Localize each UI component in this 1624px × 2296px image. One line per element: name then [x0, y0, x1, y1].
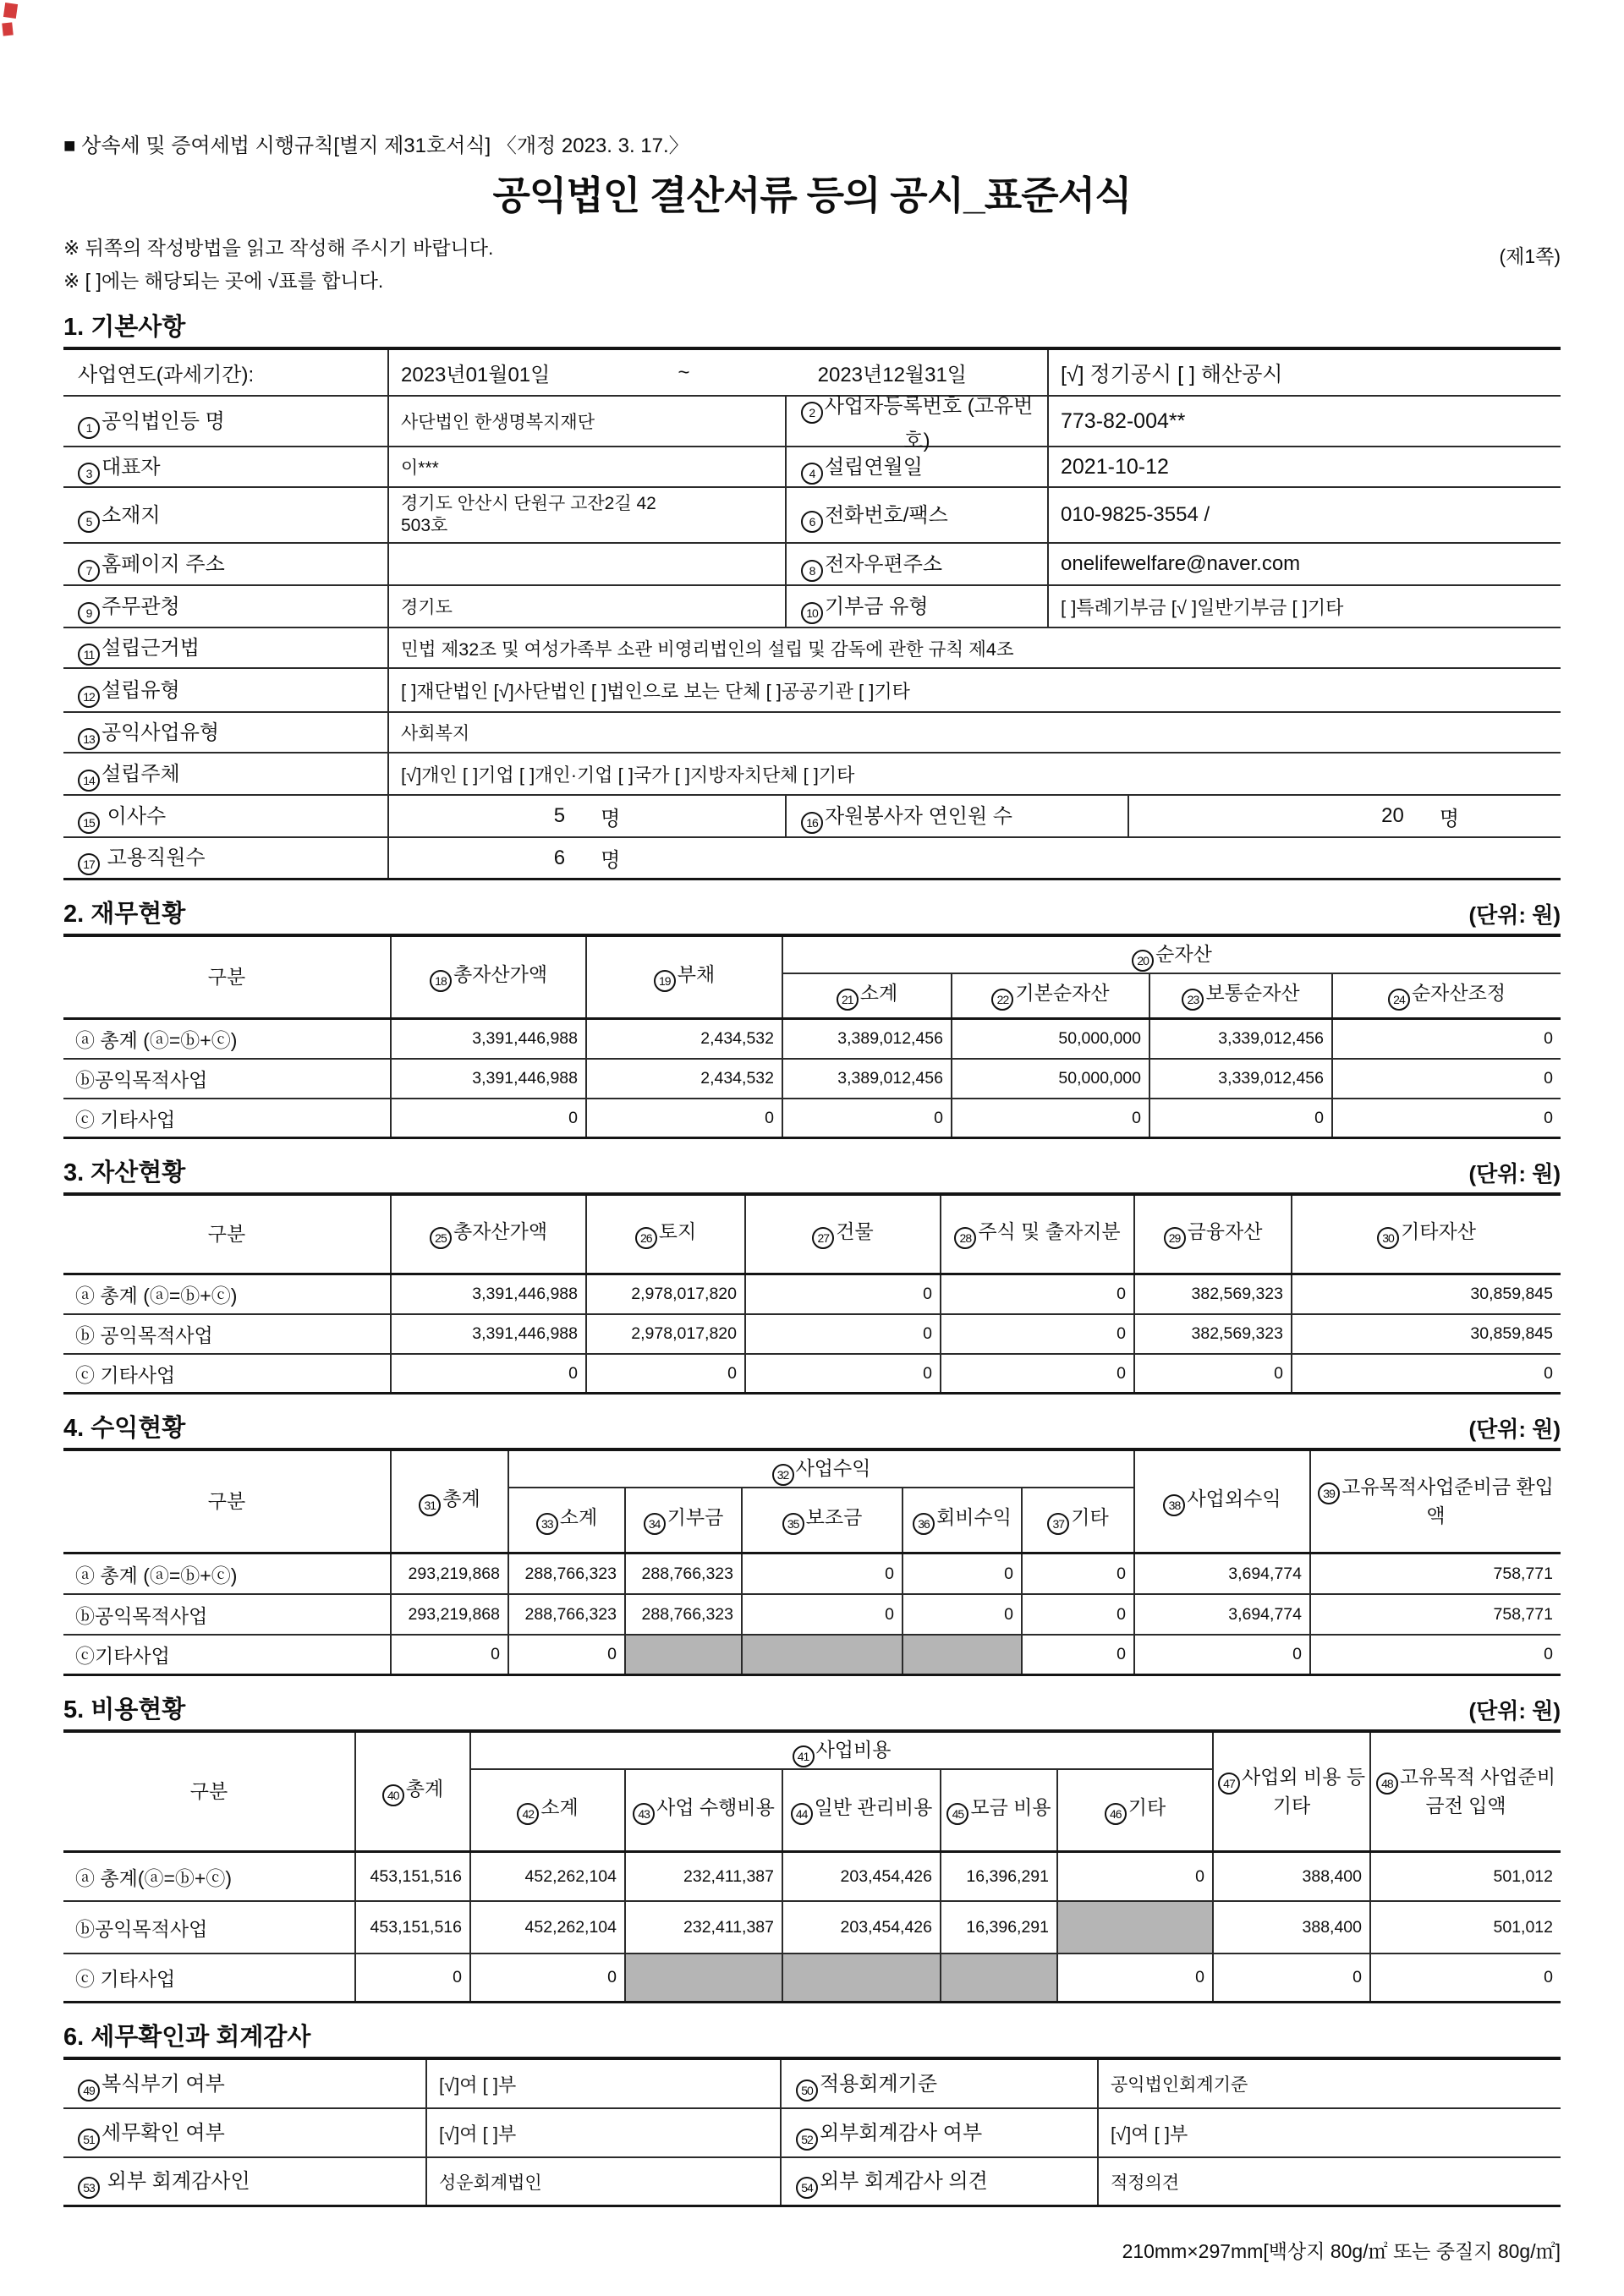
- cell-value: 0: [941, 1355, 1135, 1392]
- accounting-standard-label: 50적용회계기준: [782, 2060, 1099, 2107]
- cell-value: 388,400: [1214, 1853, 1371, 1900]
- phone-fax-value: 010-9825-3554 /: [1049, 488, 1561, 542]
- circled-number: 13: [78, 728, 100, 750]
- cell-value: 0: [392, 1099, 587, 1137]
- col-header-other: 37기타: [1023, 1488, 1133, 1552]
- cell-value: 288,766,323: [626, 1595, 743, 1634]
- cell-value: 293,219,868: [392, 1595, 509, 1634]
- legal-basis-label: 11설립근거법: [63, 628, 389, 667]
- expense-status-table: 구분 40총계 41사업비용 42소계 43사업 수행비용 44일반 관리비용 …: [63, 1729, 1561, 2003]
- representative-value: 이***: [389, 447, 787, 486]
- donation-type-checkboxes: [ ]특례기부금 [√ ]일반기부금 [ ]기타: [1049, 586, 1561, 627]
- col-header-financial-assets: 29금융자산: [1135, 1196, 1292, 1273]
- reg-number-label: 2사업자등록번호 (고유번호): [787, 397, 1049, 446]
- table-row-auditor: 53 외부 회계감사인 성운회계법인 54외부 회계감사 의견 적정의견: [63, 2158, 1561, 2207]
- bookkeeping-label: 49복식부기 여부: [63, 2060, 427, 2107]
- col-header-fundraising-costs: 45모금 비용: [941, 1770, 1058, 1850]
- section2-unit: (단위: 원): [1468, 898, 1561, 929]
- cell-value: 232,411,387: [626, 1853, 783, 1900]
- cell-value: 452,262,104: [471, 1853, 626, 1900]
- cell-value: 3,694,774: [1135, 1554, 1311, 1593]
- cell-value: 3,391,446,988: [392, 1060, 587, 1098]
- business-year-end: 2023년12월31일: [818, 358, 967, 387]
- row-label: ⓒ 기타사업: [63, 1355, 392, 1392]
- col-header-building: 27건물: [746, 1196, 941, 1273]
- table-row-bookkeeping: 49복식부기 여부 [√]여 [ ]부 50적용회계기준 공익법인회계기준: [63, 2060, 1561, 2109]
- authority-label: 9주무관청: [63, 586, 389, 627]
- paper-spec-footer: 210mm×297mm[백상지 80g/㎡ 또는 중질지 80g/㎡]: [63, 2236, 1561, 2264]
- cell-value: 0: [1135, 1355, 1292, 1392]
- circled-number: 15: [78, 812, 100, 834]
- asset-table-header: 구분 25총자산가액 26토지 27건물 28주식 및 출자지분 29금융자산 …: [63, 1196, 1561, 1275]
- circled-number: 14: [78, 770, 100, 792]
- legal-basis-value: 민법 제32조 및 여성가족부 소관 비영리법인의 설립 및 감독에 관한 규칙…: [389, 628, 1561, 667]
- table-row-legal-basis: 11설립근거법 민법 제32조 및 여성가족부 소관 비영리법인의 설립 및 감…: [63, 628, 1561, 669]
- cell-value: 501,012: [1371, 1902, 1561, 1953]
- cell-value: 0: [1023, 1554, 1135, 1593]
- cell-value: 0: [1150, 1099, 1333, 1137]
- auditor-value: 성운회계법인: [427, 2158, 782, 2205]
- col-header-other: 46기타: [1058, 1770, 1212, 1850]
- circled-number: 2: [801, 402, 823, 424]
- col-header-subsidies: 35보조금: [743, 1488, 903, 1552]
- founder-type-label: 14설립주체: [63, 753, 389, 794]
- cell-value: 0: [952, 1099, 1150, 1137]
- table-row-authority: 9주무관청 경기도 10기부금 유형 [ ]특례기부금 [√ ]일반기부금 [ …: [63, 586, 1561, 628]
- circled-number: 16: [801, 812, 823, 834]
- cell-value: 288,766,323: [509, 1554, 626, 1593]
- cell-value: 453,151,516: [356, 1853, 471, 1900]
- cell-value: 232,411,387: [626, 1902, 783, 1953]
- org-type-checkboxes: [ ]재단법인 [√]사단법인 [ ]법인으로 보는 단체 [ ]공공기관 [ …: [389, 669, 1561, 711]
- phone-fax-label: 6전화번호/팩스: [787, 488, 1049, 542]
- cell-value: 0: [903, 1595, 1023, 1634]
- cell-value: 0: [587, 1355, 746, 1392]
- row-label: ⓒ 기타사업: [63, 1954, 356, 2001]
- expense-table-header: 구분 40총계 41사업비용 42소계 43사업 수행비용 44일반 관리비용 …: [63, 1733, 1561, 1853]
- cell-value: 0: [1214, 1954, 1371, 2001]
- cell-value: 0: [471, 1954, 626, 2001]
- circled-number: 7: [78, 560, 100, 582]
- table-row-directors: 15 이사수 5명 16자원봉사자 연인원 수 20명: [63, 796, 1561, 838]
- cell-value: 30,859,845: [1292, 1275, 1561, 1313]
- row-label: ⓒ 기타사업: [63, 1099, 392, 1137]
- section4-heading-row: 4. 수익현황 (단위: 원): [63, 1409, 1561, 1444]
- audit-opinion-value: 적정의견: [1099, 2158, 1561, 2205]
- col-header-total-assets: 25총자산가액: [392, 1196, 587, 1273]
- founding-date-label: 4설립연월일: [787, 447, 1049, 486]
- table-row-total: ⓐ 총계 (ⓐ=ⓑ+ⓒ) 293,219,868 288,766,323 288…: [63, 1554, 1561, 1595]
- volunteers-label: 16자원봉사자 연인원 수: [787, 796, 1129, 836]
- financial-status-table: 구분 18총자산가액 19부채 20순자산 21소계 22기본순자산 23보통순…: [63, 934, 1561, 1139]
- row-label: ⓑ공익목적사업: [63, 1595, 392, 1634]
- col-header-ordinary-net: 23보통순자산: [1150, 974, 1333, 1017]
- reg-number-value: 773-82-004**: [1049, 397, 1561, 446]
- table-row-public-purpose: ⓑ공익목적사업 3,391,446,988 2,434,532 3,389,01…: [63, 1060, 1561, 1099]
- col-header-gubun: 구분: [63, 1733, 356, 1850]
- table-row-business-type: 13공익사업유형 사회복지: [63, 713, 1561, 753]
- col-header-reserve-transfer: 48고유목적 사업준비금전 입액: [1371, 1733, 1561, 1850]
- col-header-membership-fees: 36회비수익: [903, 1488, 1023, 1552]
- business-year-label: 사업연도(과세기간):: [63, 350, 389, 395]
- audit-table: 49복식부기 여부 [√]여 [ ]부 50적용회계기준 공익법인회계기준 51…: [63, 2057, 1561, 2207]
- col-header-total: 31총계: [392, 1451, 509, 1552]
- email-value: onelifewelfare@naver.com: [1049, 544, 1561, 584]
- cell-value: 3,391,446,988: [392, 1020, 587, 1058]
- col-header-subtotal: 42소계: [471, 1770, 626, 1850]
- cell-value: 2,434,532: [587, 1060, 783, 1098]
- circled-number: 3: [78, 463, 100, 485]
- founding-date-value: 2021-10-12: [1049, 447, 1561, 486]
- cell-value: 0: [1333, 1099, 1561, 1137]
- directors-count-value: 5명: [389, 796, 787, 836]
- auditor-label: 53 외부 회계감사인: [63, 2158, 427, 2205]
- cell-value: 0: [783, 1099, 952, 1137]
- col-group-business-expenses: 41사업비용 42소계 43사업 수행비용 44일반 관리비용 45모금 비용 …: [471, 1733, 1214, 1850]
- cell-value: 16,396,291: [941, 1902, 1058, 1953]
- col-header-admin-costs: 44일반 관리비용: [783, 1770, 941, 1850]
- cell-value: 0: [1292, 1355, 1561, 1392]
- volunteers-value: 20명: [1129, 796, 1561, 836]
- cell-value: 0: [1023, 1636, 1135, 1674]
- page-number: (제1쪽): [1499, 241, 1561, 269]
- donation-type-label: 10기부금 유형: [787, 586, 1049, 627]
- form-title: 공익법인 결산서류 등의 공시_표준서식: [63, 165, 1561, 221]
- table-row-other-business: ⓒ 기타사업 0 0 0 0 0: [63, 1954, 1561, 2003]
- col-header-subtotal: 33소계: [509, 1488, 626, 1552]
- form-page: ■ 상속세 및 증여세법 시행규칙[별지 제31호서식] 〈개정 2023. 3…: [63, 0, 1561, 2264]
- table-row-total: ⓐ 총계 (ⓐ=ⓑ+ⓒ) 3,391,446,988 2,978,017,820…: [63, 1275, 1561, 1315]
- col-header-liabilities: 19부채: [587, 937, 783, 1017]
- circled-number: 10: [801, 602, 823, 624]
- cell-not-applicable: [626, 1636, 743, 1674]
- row-label: ⓑ공익목적사업: [63, 1060, 392, 1098]
- circled-number: 9: [78, 602, 100, 624]
- circled-number: 8: [801, 560, 823, 582]
- tax-confirmation-checkboxes: [√]여 [ ]부: [427, 2109, 782, 2156]
- section2-heading-row: 2. 재무현황 (단위: 원): [63, 895, 1561, 929]
- cell-value: 0: [1058, 1954, 1214, 2001]
- tax-confirmation-label: 51세무확인 여부: [63, 2109, 427, 2156]
- circled-number: 12: [78, 686, 100, 708]
- cell-value: 2,434,532: [587, 1020, 783, 1058]
- homepage-value: [389, 544, 787, 584]
- col-header-basic-net: 22기본순자산: [952, 974, 1150, 1017]
- cell-not-applicable: [1058, 1902, 1214, 1953]
- col-header-business-expenses: 41사업비용: [471, 1733, 1212, 1770]
- col-group-business-revenue: 32사업수익 33소계 34기부금 35보조금 36회비수익 37기타: [509, 1451, 1135, 1552]
- cell-value: 16,396,291: [941, 1853, 1058, 1900]
- table-row-total: ⓐ 총계(ⓐ=ⓑ+ⓒ) 453,151,516 452,262,104 232,…: [63, 1853, 1561, 1902]
- basic-info-table: 사업연도(과세기간): 2023년01월01일 ~ 2023년12월31일 [√…: [63, 347, 1561, 880]
- col-header-reserve-reversal: 39고유목적사업준비금 환입액: [1311, 1451, 1561, 1552]
- row-label: ⓒ기타사업: [63, 1636, 392, 1674]
- section2-heading: 2. 재무현황: [63, 895, 185, 929]
- cell-value: 288,766,323: [509, 1595, 626, 1634]
- business-type-value: 사회복지: [389, 713, 1561, 752]
- external-audit-checkboxes: [√]여 [ ]부: [1099, 2109, 1561, 2156]
- col-header-land: 26토지: [587, 1196, 746, 1273]
- cell-value: 453,151,516: [356, 1902, 471, 1953]
- scan-artifact: [3, 3, 18, 19]
- external-audit-label: 52외부회계감사 여부: [782, 2109, 1099, 2156]
- col-header-donations: 34기부금: [626, 1488, 743, 1552]
- cell-value: 0: [1371, 1954, 1561, 2001]
- corp-name-value: 사단법인 한생명복지재단: [389, 397, 787, 446]
- table-row-other-business: ⓒ 기타사업 0 0 0 0 0 0: [63, 1355, 1561, 1395]
- circled-number: 6: [801, 511, 823, 533]
- cell-value: 758,771: [1311, 1595, 1561, 1634]
- cell-value: 0: [903, 1554, 1023, 1593]
- section3-heading: 3. 자산현황: [63, 1153, 185, 1188]
- authority-value: 경기도: [389, 586, 787, 627]
- tilde: ~: [678, 361, 689, 385]
- representative-label: 3대표자: [63, 447, 389, 486]
- cell-value: 0: [392, 1355, 587, 1392]
- circled-number: 4: [801, 463, 823, 485]
- table-row-address: 5소재지 경기도 안산시 단원구 고잔2길 42 503호 6전화번호/팩스 0…: [63, 488, 1561, 544]
- table-row-representative: 3대표자 이*** 4설립연월일 2021-10-12: [63, 447, 1561, 488]
- col-header-gubun: 구분: [63, 937, 392, 1017]
- cell-value: 0: [509, 1636, 626, 1674]
- cell-value: 0: [587, 1099, 783, 1137]
- circled-number: 1: [78, 417, 100, 439]
- cell-value: 0: [743, 1595, 903, 1634]
- address-label: 5소재지: [63, 488, 389, 542]
- cell-value: 2,978,017,820: [587, 1275, 746, 1313]
- col-header-program-costs: 43사업 수행비용: [626, 1770, 783, 1850]
- cell-value: 2,978,017,820: [587, 1315, 746, 1353]
- cell-value: 452,262,104: [471, 1902, 626, 1953]
- row-label: ⓑ 공익목적사업: [63, 1315, 392, 1353]
- cell-value: 382,569,323: [1135, 1315, 1292, 1353]
- employees-count-value: 6명: [389, 838, 1561, 878]
- financial-table-header: 구분 18총자산가액 19부채 20순자산 21소계 22기본순자산 23보통순…: [63, 937, 1561, 1020]
- cell-not-applicable: [743, 1636, 903, 1674]
- cell-value: 3,339,012,456: [1150, 1020, 1333, 1058]
- org-type-label: 12설립유형: [63, 669, 389, 711]
- row-label: ⓐ 총계 (ⓐ=ⓑ+ⓒ): [63, 1020, 392, 1058]
- cell-value: 3,694,774: [1135, 1595, 1311, 1634]
- employees-count-label: 17 고용직원수: [63, 838, 389, 878]
- section5-heading-row: 5. 비용현황 (단위: 원): [63, 1690, 1561, 1725]
- col-header-total: 40총계: [356, 1733, 471, 1850]
- scan-artifact: [2, 22, 14, 36]
- revenue-table-header: 구분 31총계 32사업수익 33소계 34기부금 35보조금 36회비수익 3…: [63, 1451, 1561, 1554]
- cell-value: 50,000,000: [952, 1020, 1150, 1058]
- col-header-net-adjustment: 24순자산조정: [1333, 974, 1561, 1017]
- col-header-non-business-revenue: 38사업외수익: [1135, 1451, 1311, 1552]
- circled-number: 5: [78, 511, 100, 533]
- table-row-total: ⓐ 총계 (ⓐ=ⓑ+ⓒ) 3,391,446,988 2,434,532 3,3…: [63, 1020, 1561, 1060]
- row-label: ⓐ 총계(ⓐ=ⓑ+ⓒ): [63, 1853, 356, 1900]
- business-year-start: 2023년01월01일: [401, 358, 550, 387]
- note-instructions: ※ 뒤쪽의 작성방법을 읽고 작성해 주시기 바랍니다.: [63, 233, 493, 260]
- cell-value: 0: [1333, 1060, 1561, 1098]
- cell-value: 0: [1311, 1636, 1561, 1674]
- section5-heading: 5. 비용현황: [63, 1690, 185, 1725]
- table-row-other-business: ⓒ 기타사업 0 0 0 0 0 0: [63, 1099, 1561, 1139]
- cell-value: 388,400: [1214, 1902, 1371, 1953]
- section3-unit: (단위: 원): [1468, 1157, 1561, 1188]
- cell-value: 382,569,323: [1135, 1275, 1292, 1313]
- cell-value: 0: [1023, 1595, 1135, 1634]
- cell-value: 203,454,426: [783, 1902, 941, 1953]
- section3-heading-row: 3. 자산현황 (단위: 원): [63, 1153, 1561, 1188]
- cell-value: 0: [746, 1355, 941, 1392]
- row-label: ⓐ 총계 (ⓐ=ⓑ+ⓒ): [63, 1275, 392, 1313]
- cell-value: 0: [941, 1315, 1135, 1353]
- cell-value: 3,389,012,456: [783, 1020, 952, 1058]
- section1-heading-row: 1. 기본사항: [63, 308, 1561, 342]
- section4-heading: 4. 수익현황: [63, 1409, 185, 1444]
- cell-not-applicable: [626, 1954, 783, 2001]
- cell-value: 3,389,012,456: [783, 1060, 952, 1098]
- table-row-employees: 17 고용직원수 6명: [63, 838, 1561, 880]
- cell-value: 0: [1058, 1853, 1214, 1900]
- cell-value: 0: [941, 1275, 1135, 1313]
- cell-not-applicable: [903, 1636, 1023, 1674]
- col-header-other-assets: 30기타자산: [1292, 1196, 1561, 1273]
- cell-value: 0: [746, 1315, 941, 1353]
- cell-value: 3,391,446,988: [392, 1275, 587, 1313]
- section6-heading-row: 6. 세무확인과 회계감사: [63, 2018, 1561, 2052]
- table-row-org-type: 12설립유형 [ ]재단법인 [√]사단법인 [ ]법인으로 보는 단체 [ ]…: [63, 669, 1561, 713]
- table-row-other-business: ⓒ기타사업 0 0 0 0 0: [63, 1636, 1561, 1676]
- cell-value: 293,219,868: [392, 1554, 509, 1593]
- form-reference: ■ 상속세 및 증여세법 시행규칙[별지 제31호서식] 〈개정 2023. 3…: [63, 129, 1561, 158]
- col-header-gubun: 구분: [63, 1451, 392, 1552]
- accounting-standard-value: 공익법인회계기준: [1099, 2060, 1561, 2107]
- table-row-tax-confirmation: 51세무확인 여부 [√]여 [ ]부 52외부회계감사 여부 [√]여 [ ]…: [63, 2109, 1561, 2158]
- business-type-label: 13공익사업유형: [63, 713, 389, 752]
- cell-value: 3,339,012,456: [1150, 1060, 1333, 1098]
- audit-opinion-label: 54외부 회계감사 의견: [782, 2158, 1099, 2205]
- section1-heading: 1. 기본사항: [63, 308, 185, 342]
- table-row-public-purpose: ⓑ공익목적사업 453,151,516 452,262,104 232,411,…: [63, 1902, 1561, 1954]
- corp-name-label: 1공익법인등 명: [63, 397, 389, 446]
- cell-value: 288,766,323: [626, 1554, 743, 1593]
- table-row-public-purpose: ⓑ공익목적사업 293,219,868 288,766,323 288,766,…: [63, 1595, 1561, 1636]
- cell-value: 0: [356, 1954, 471, 2001]
- cell-value: 0: [1135, 1636, 1311, 1674]
- cell-value: 758,771: [1311, 1554, 1561, 1593]
- row-label: ⓑ공익목적사업: [63, 1902, 356, 1953]
- founder-type-checkboxes: [√]개인 [ ]기업 [ ]개인·기업 [ ]국가 [ ]지방자치단체 [ ]…: [389, 753, 1561, 794]
- revenue-status-table: 구분 31총계 32사업수익 33소계 34기부금 35보조금 36회비수익 3…: [63, 1448, 1561, 1676]
- col-header-net-assets: 20순자산: [783, 937, 1561, 974]
- col-header-gubun: 구분: [63, 1196, 392, 1273]
- circled-number: 17: [78, 853, 100, 875]
- table-row-founder-type: 14설립주체 [√]개인 [ ]기업 [ ]개인·기업 [ ]국가 [ ]지방자…: [63, 753, 1561, 796]
- row-label: ⓐ 총계 (ⓐ=ⓑ+ⓒ): [63, 1554, 392, 1593]
- table-row-public-purpose: ⓑ 공익목적사업 3,391,446,988 2,978,017,820 0 0…: [63, 1315, 1561, 1355]
- cell-value: 0: [746, 1275, 941, 1313]
- cell-value: 501,012: [1371, 1853, 1561, 1900]
- col-group-net-assets: 20순자산 21소계 22기본순자산 23보통순자산 24순자산조정: [783, 937, 1561, 1017]
- col-header-business-revenue: 32사업수익: [509, 1451, 1133, 1488]
- section6-heading: 6. 세무확인과 회계감사: [63, 2018, 310, 2052]
- section5-unit: (단위: 원): [1468, 1694, 1561, 1725]
- email-label: 8전자우편주소: [787, 544, 1049, 584]
- table-row-homepage: 7홈페이지 주소 8전자우편주소 onelifewelfare@naver.co…: [63, 544, 1561, 586]
- col-header-stocks: 28주식 및 출자지분: [941, 1196, 1135, 1273]
- circled-number: 11: [78, 644, 100, 666]
- table-row-corp-name: 1공익법인등 명 사단법인 한생명복지재단 2사업자등록번호 (고유번호) 77…: [63, 397, 1561, 447]
- disclosure-type-checkboxes: [√] 정기공시 [ ] 해산공시: [1049, 350, 1561, 395]
- note-checkbox: ※ [ ]에는 해당되는 곳에 √표를 합니다.: [63, 266, 1561, 293]
- cell-value: 0: [392, 1636, 509, 1674]
- cell-not-applicable: [783, 1954, 941, 2001]
- col-header-total-assets: 18총자산가액: [392, 937, 587, 1017]
- cell-value: 0: [1333, 1020, 1561, 1058]
- cell-not-applicable: [941, 1954, 1058, 2001]
- cell-value: 3,391,446,988: [392, 1315, 587, 1353]
- cell-value: 30,859,845: [1292, 1315, 1561, 1353]
- directors-count-label: 15 이사수: [63, 796, 389, 836]
- section4-unit: (단위: 원): [1468, 1412, 1561, 1444]
- cell-value: 0: [743, 1554, 903, 1593]
- homepage-label: 7홈페이지 주소: [63, 544, 389, 584]
- address-value: 경기도 안산시 단원구 고잔2길 42 503호: [389, 488, 787, 542]
- bookkeeping-checkboxes: [√]여 [ ]부: [427, 2060, 782, 2107]
- notes-row: ※ 뒤쪽의 작성방법을 읽고 작성해 주시기 바랍니다. (제1쪽): [63, 233, 1561, 260]
- col-header-non-business-expenses: 47사업외 비용 등 기타: [1214, 1733, 1371, 1850]
- cell-value: 50,000,000: [952, 1060, 1150, 1098]
- cell-value: 203,454,426: [783, 1853, 941, 1900]
- col-header-subtotal: 21소계: [783, 974, 952, 1017]
- asset-status-table: 구분 25총자산가액 26토지 27건물 28주식 및 출자지분 29금융자산 …: [63, 1192, 1561, 1395]
